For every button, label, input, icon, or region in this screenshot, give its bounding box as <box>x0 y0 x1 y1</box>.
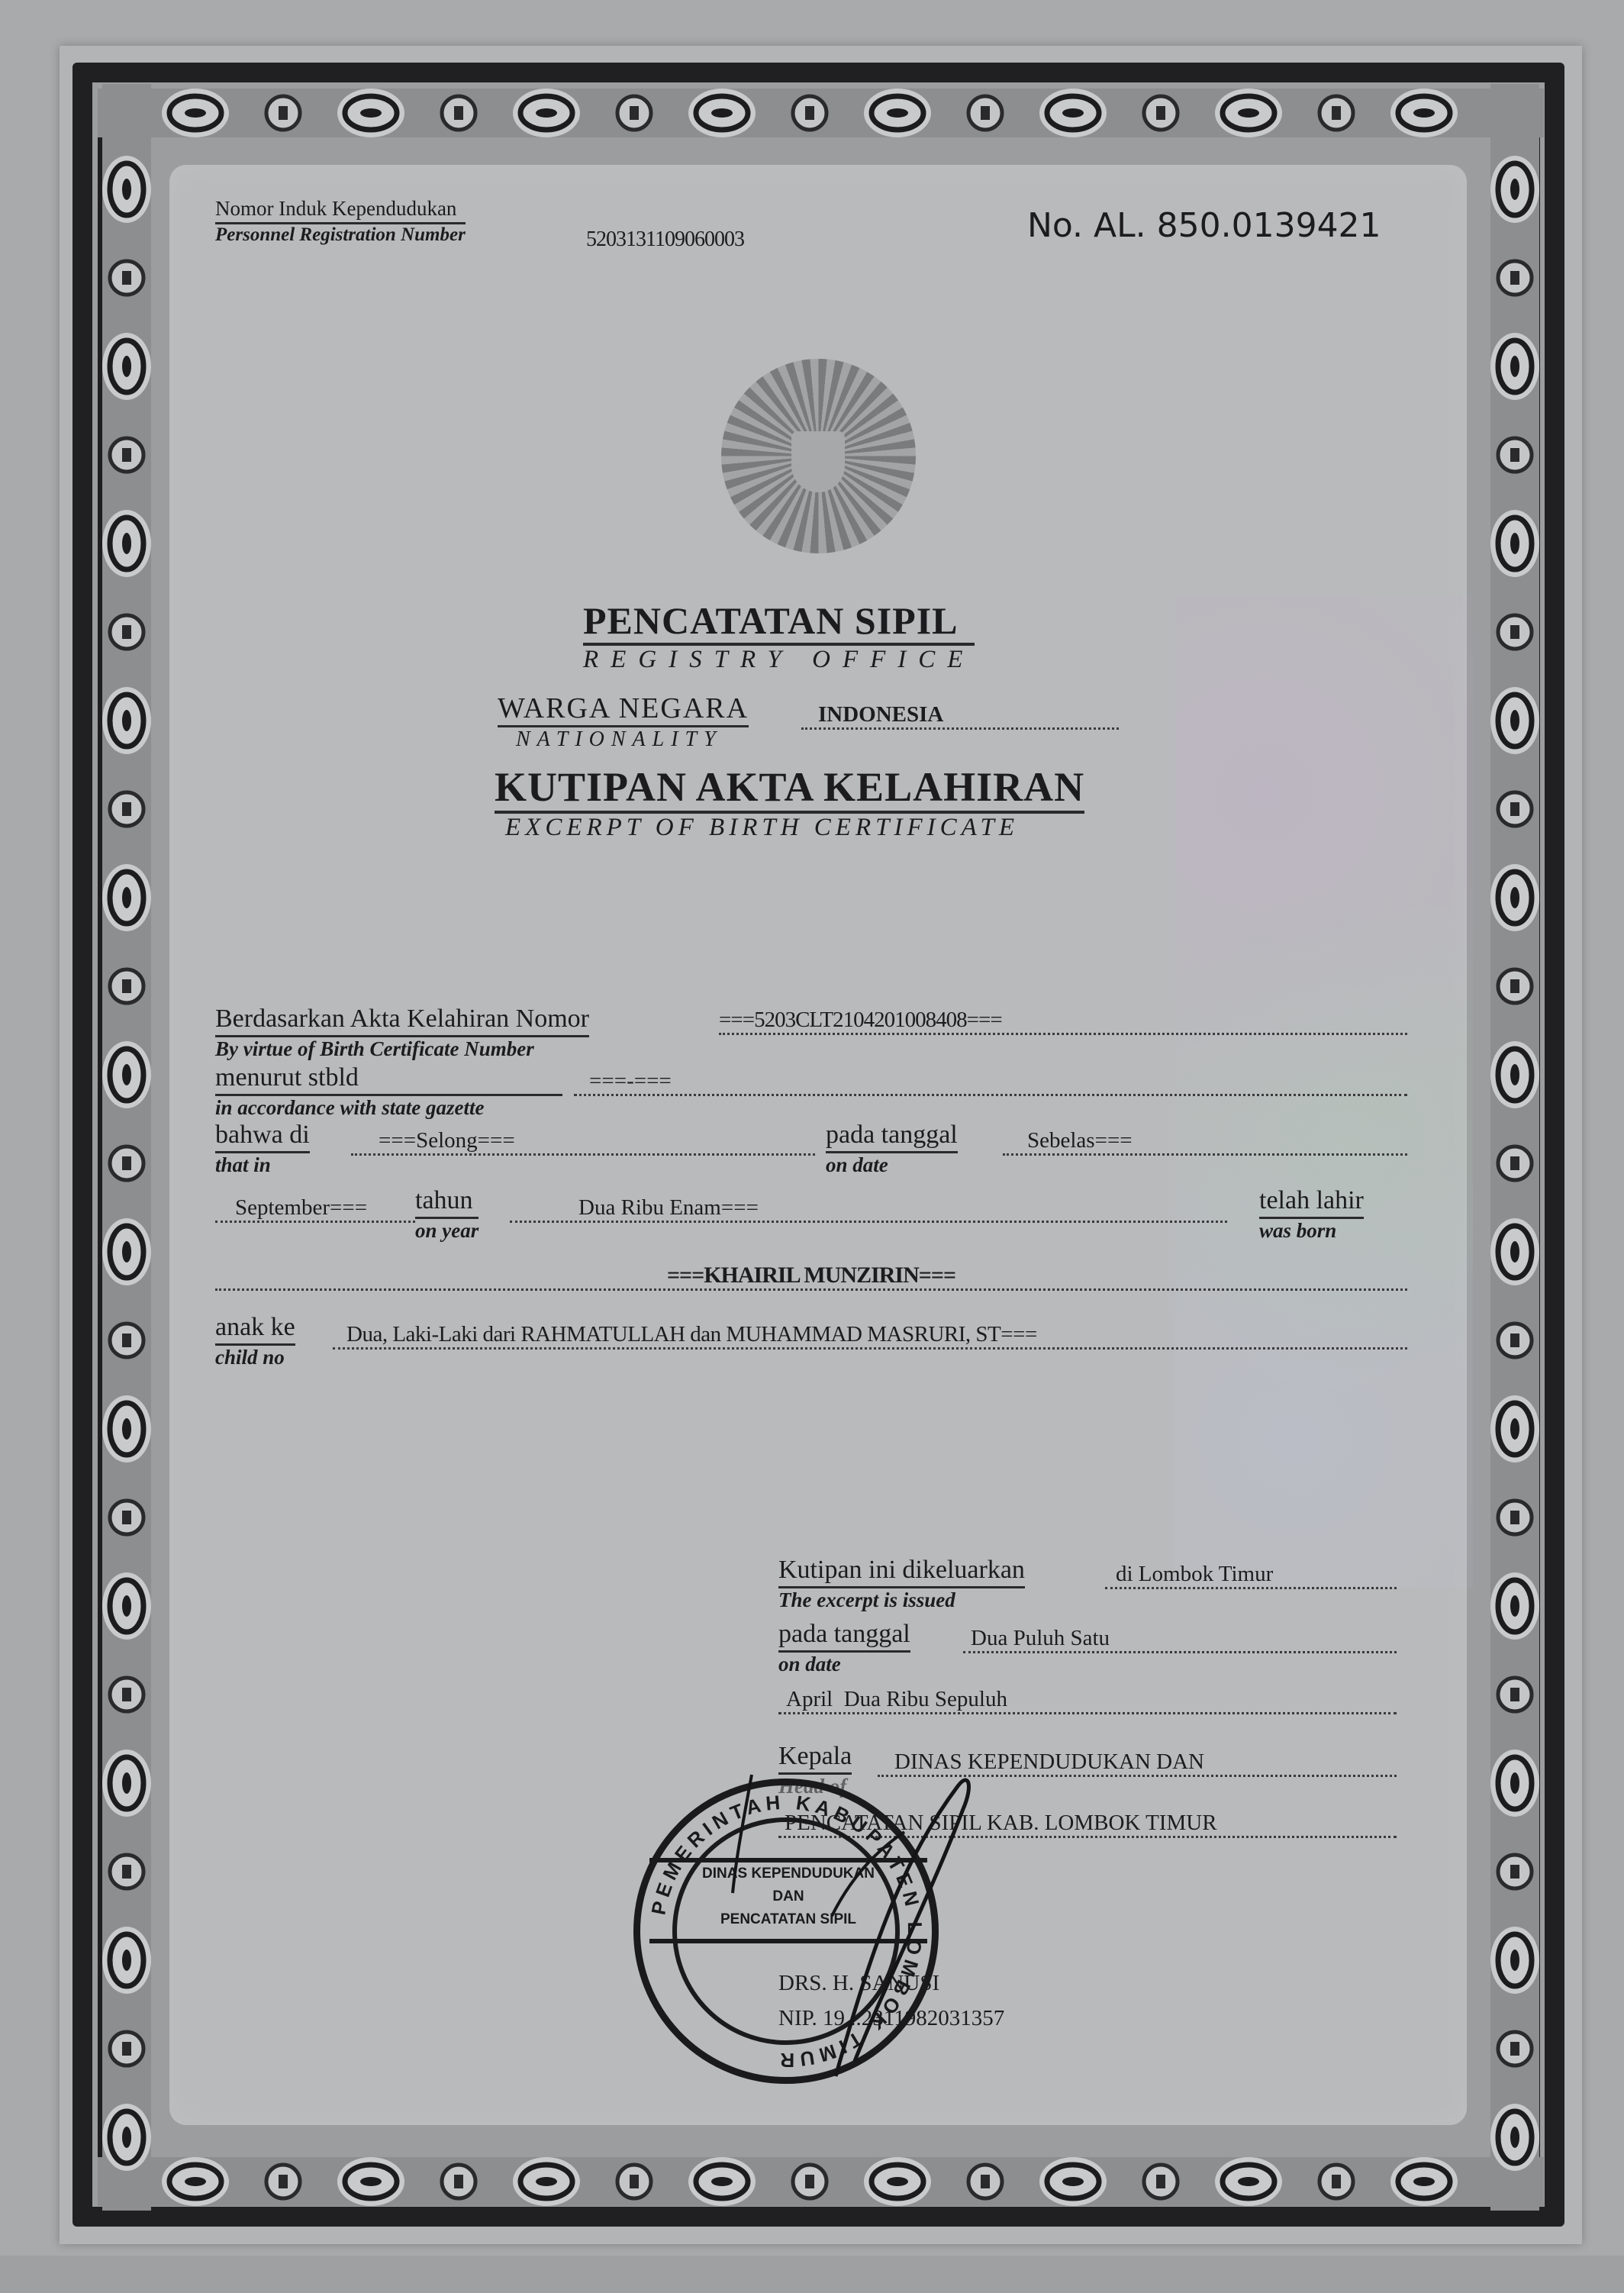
date-label: pada tanggal <box>826 1121 958 1153</box>
stbld-label: menurut stbld <box>215 1063 562 1096</box>
issued-place: di Lombok Timur <box>1105 1562 1397 1589</box>
garuda-emblem-icon <box>721 359 916 553</box>
issued-label-block: Kutipan ini dikeluarkan The excerpt is i… <box>778 1556 1025 1612</box>
date-value: Sebelas=== <box>1003 1128 1407 1156</box>
issued-date-line2: April Dua Ribu Sepuluh <box>778 1687 1397 1714</box>
background-surface <box>0 2256 1624 2293</box>
nik-label-en: Personnel Registration Number <box>215 224 466 246</box>
stbld-label-en: in accordance with state gazette <box>215 1096 562 1120</box>
nik-label: Nomor Induk Kependudukan <box>215 197 466 224</box>
office-line1: DINAS KEPENDUDUKAN DAN <box>878 1750 1397 1777</box>
nik-label-block: Nomor Induk Kependudukan Personnel Regis… <box>215 197 466 246</box>
nationality-label-block: WARGA NEGARA NATIONALITY <box>498 692 749 752</box>
place-label-en: that in <box>215 1153 310 1177</box>
office-title: PENCATATAN SIPIL <box>583 598 975 646</box>
date-label-block: pada tanggal on date <box>826 1121 958 1177</box>
cert-number-value: ===5203CLT2104201008408=== <box>719 1008 1407 1035</box>
stbld-value: ===-=== <box>574 1069 1407 1096</box>
issued-date-label-block: pada tanggal on date <box>778 1620 910 1676</box>
nationality-label-en: NATIONALITY <box>498 727 749 752</box>
issued-date-label-en: on date <box>778 1653 910 1676</box>
official-stamp: PEMERINTAH KABUPATEN LOMBOK TIMUR DINAS … <box>633 1779 939 2084</box>
born-label: telah lahir <box>1259 1186 1364 1219</box>
document-title-en: EXCERPT OF BIRTH CERTIFICATE <box>495 814 1084 842</box>
certificate-number: No. AL. 850.0139421 <box>1027 206 1381 245</box>
cert-number-label-en: By virtue of Birth Certificate Number <box>215 1037 589 1061</box>
stamp-band-line2: DAN <box>649 1885 927 1908</box>
document-title: KUTIPAN AKTA KELAHIRAN <box>495 763 1084 814</box>
child-no-label: anak ke <box>215 1313 295 1346</box>
issued-label-en: The excerpt is issued <box>778 1588 1025 1612</box>
place-label: bahwa di <box>215 1121 310 1153</box>
issued-label: Kutipan ini dikeluarkan <box>778 1556 1025 1588</box>
nationality-value: INDONESIA <box>801 702 1119 730</box>
nik-value: 5203131109060003 <box>586 227 744 252</box>
place-label-block: bahwa di that in <box>215 1121 310 1177</box>
child-name: ===KHAIRIL MUNZIRIN=== <box>215 1263 1407 1291</box>
place-value: ===Selong=== <box>351 1128 815 1156</box>
year-value: Dua Ribu Enam=== <box>510 1195 1227 1223</box>
stamp-band: DINAS KEPENDUDUKAN DAN PENCATATAN SIPIL <box>649 1858 927 1943</box>
office-title-block: PENCATATAN SIPIL REGISTRY OFFICE <box>583 598 975 674</box>
stamp-band-line3: PENCATATAN SIPIL <box>649 1908 927 1931</box>
month-value: September=== <box>215 1195 415 1223</box>
office-title-en: REGISTRY OFFICE <box>583 646 975 674</box>
year-label-en: on year <box>415 1219 478 1243</box>
document-title-block: KUTIPAN AKTA KELAHIRAN EXCERPT OF BIRTH … <box>495 763 1084 842</box>
nationality-label: WARGA NEGARA <box>498 692 749 727</box>
year-label-block: tahun on year <box>415 1186 478 1243</box>
stamp-band-line1: DINAS KEPENDUDUKAN <box>649 1862 927 1885</box>
child-no-label-block: anak ke child no <box>215 1313 295 1369</box>
cert-number-label: Berdasarkan Akta Kelahiran Nomor <box>215 1005 589 1037</box>
issued-date-line1: Dua Puluh Satu <box>963 1626 1397 1653</box>
year-label: tahun <box>415 1186 478 1219</box>
child-no-value: Dua, Laki-Laki dari RAHMATULLAH dan MUHA… <box>333 1322 1407 1350</box>
cert-number-label-block: Berdasarkan Akta Kelahiran Nomor By virt… <box>215 1005 589 1061</box>
born-label-block: telah lahir was born <box>1259 1186 1364 1243</box>
child-no-label-en: child no <box>215 1346 295 1369</box>
head-label: Kepala <box>778 1742 852 1775</box>
date-label-en: on date <box>826 1153 958 1177</box>
issued-date-label: pada tanggal <box>778 1620 910 1653</box>
born-label-en: was born <box>1259 1219 1364 1243</box>
stbld-label-block: menurut stbld in accordance with state g… <box>215 1063 562 1120</box>
